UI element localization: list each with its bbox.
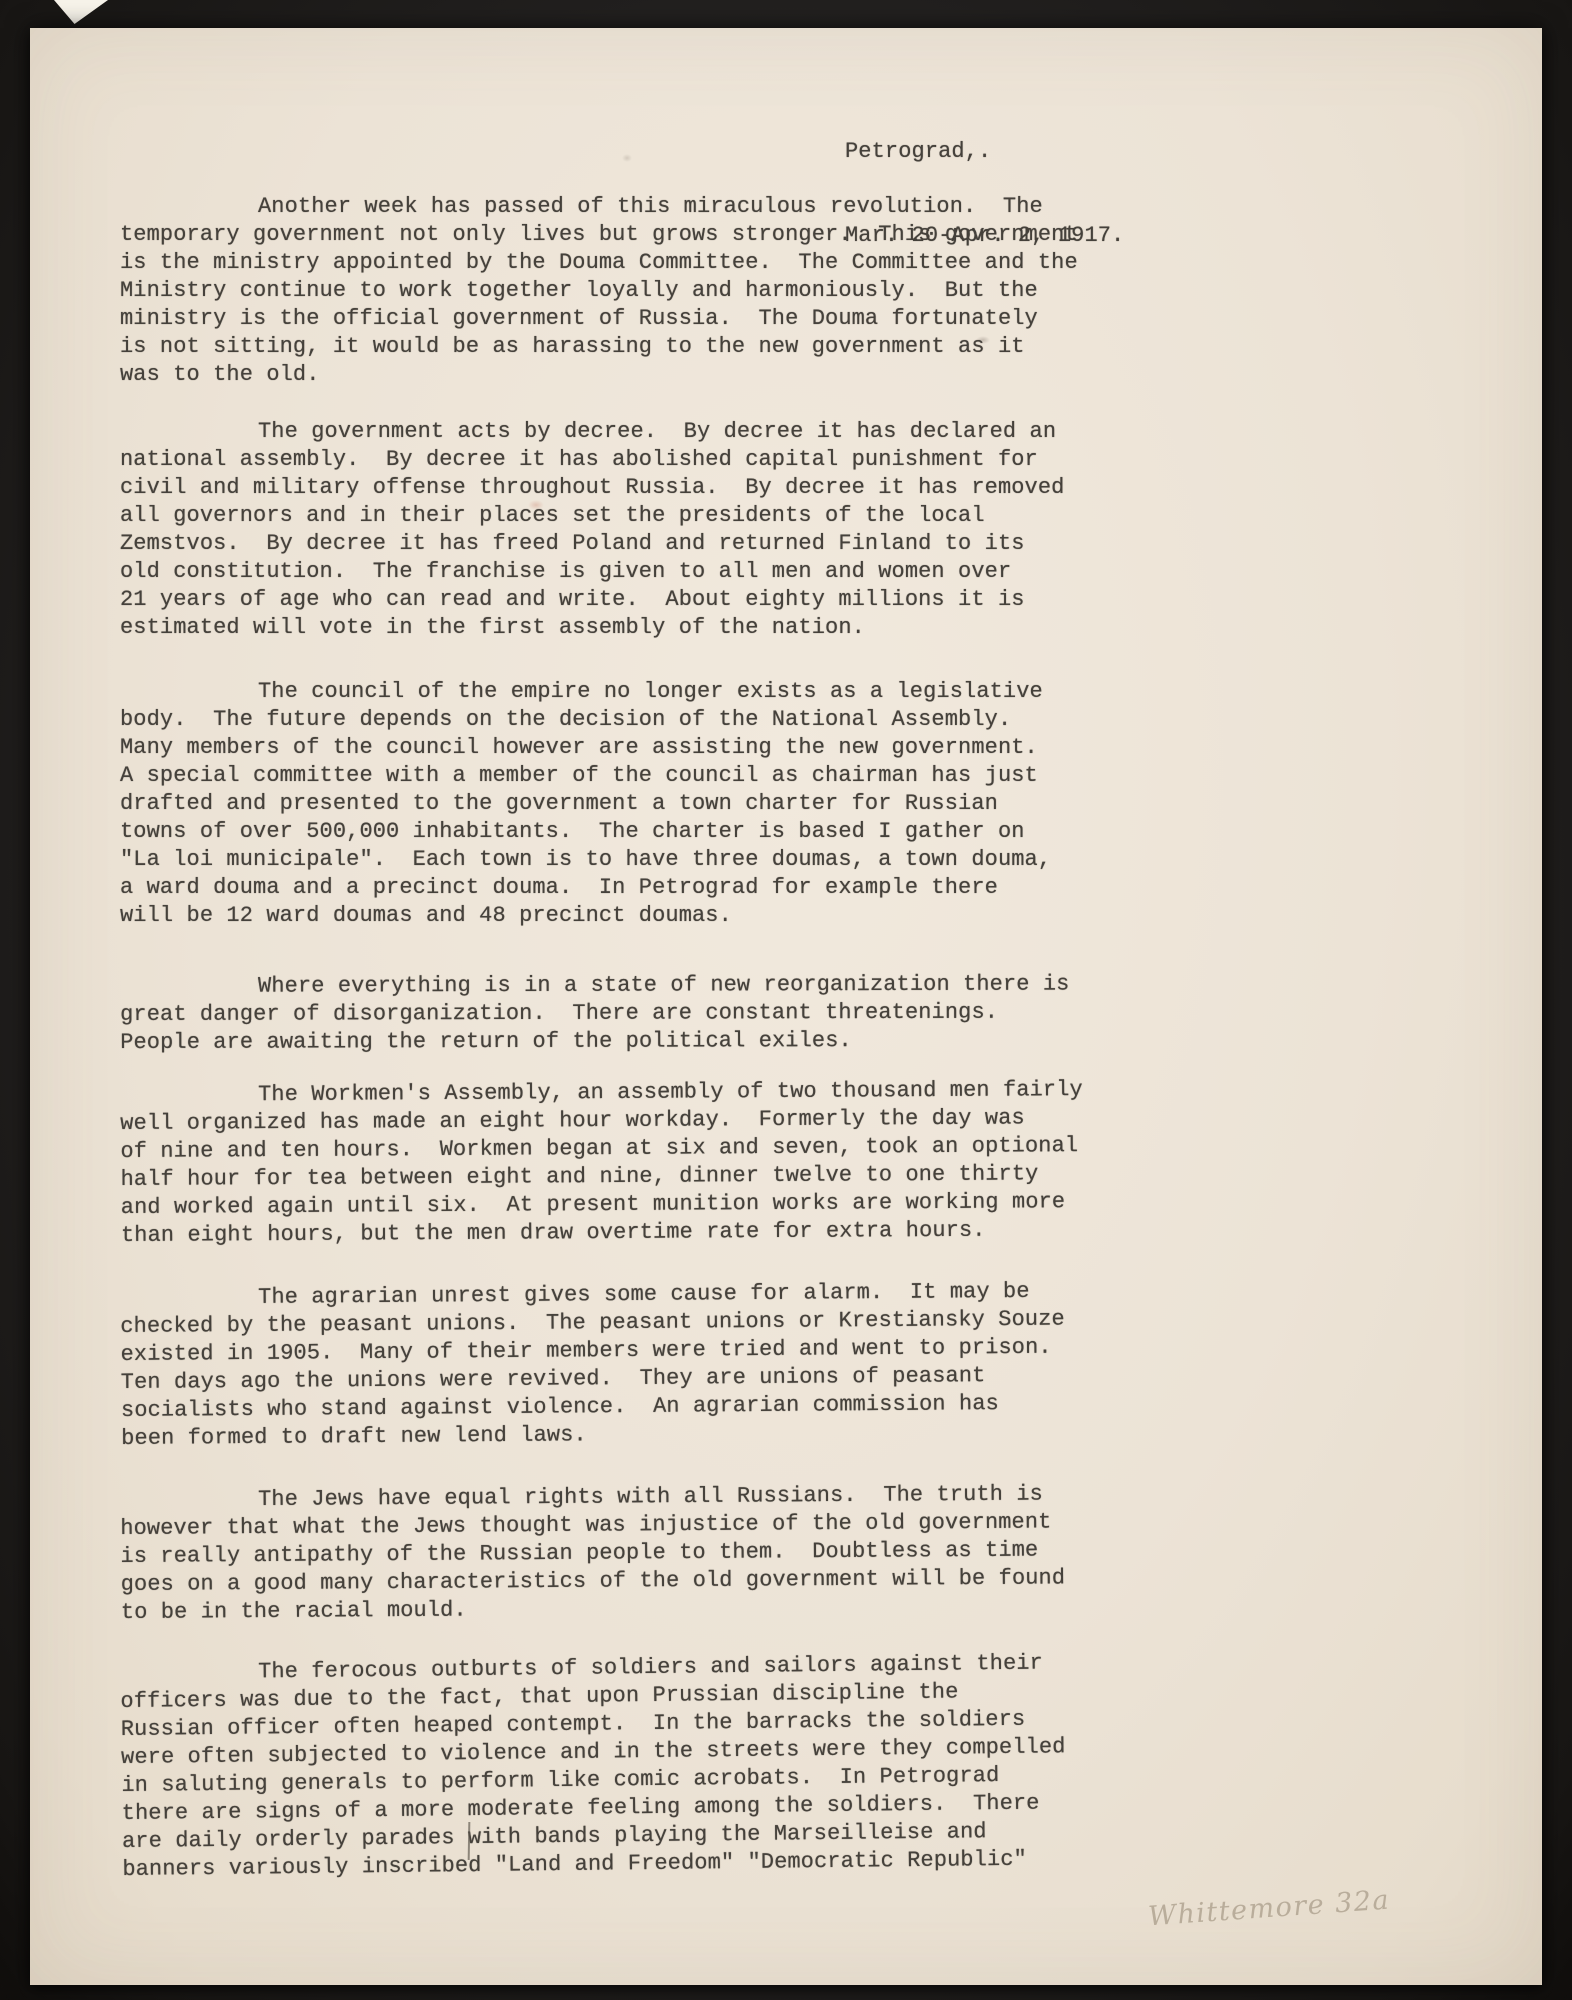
letter-paragraph-3: The council of the empire no longer exis… — [120, 678, 1051, 930]
dateline-location: Petrograd,. — [845, 138, 1124, 166]
letter-paragraph-8: The ferocous outburts of soldiers and sa… — [120, 1649, 1067, 1884]
paper-blemish — [622, 154, 632, 162]
background-sheet-corner — [54, 0, 108, 24]
letter-paragraph-5: The Workmen's Assembly, an assembly of t… — [120, 1076, 1084, 1250]
letter-paragraph-4: Where everything is in a state of new re… — [120, 971, 1070, 1057]
scanned-document-photo: Petrograd,. Mar. 20-Apr. 2, 1917. Anothe… — [0, 0, 1572, 2000]
letter-paragraph-2: The government acts by decree. By decree… — [120, 418, 1064, 642]
letter-paragraph-6: The agrarian unrest gives some cause for… — [120, 1278, 1066, 1453]
letter-paragraph-1: Another week has passed of this miraculo… — [120, 193, 1078, 389]
letter-paragraph-7: The Jews have equal rights with all Russ… — [120, 1480, 1065, 1627]
